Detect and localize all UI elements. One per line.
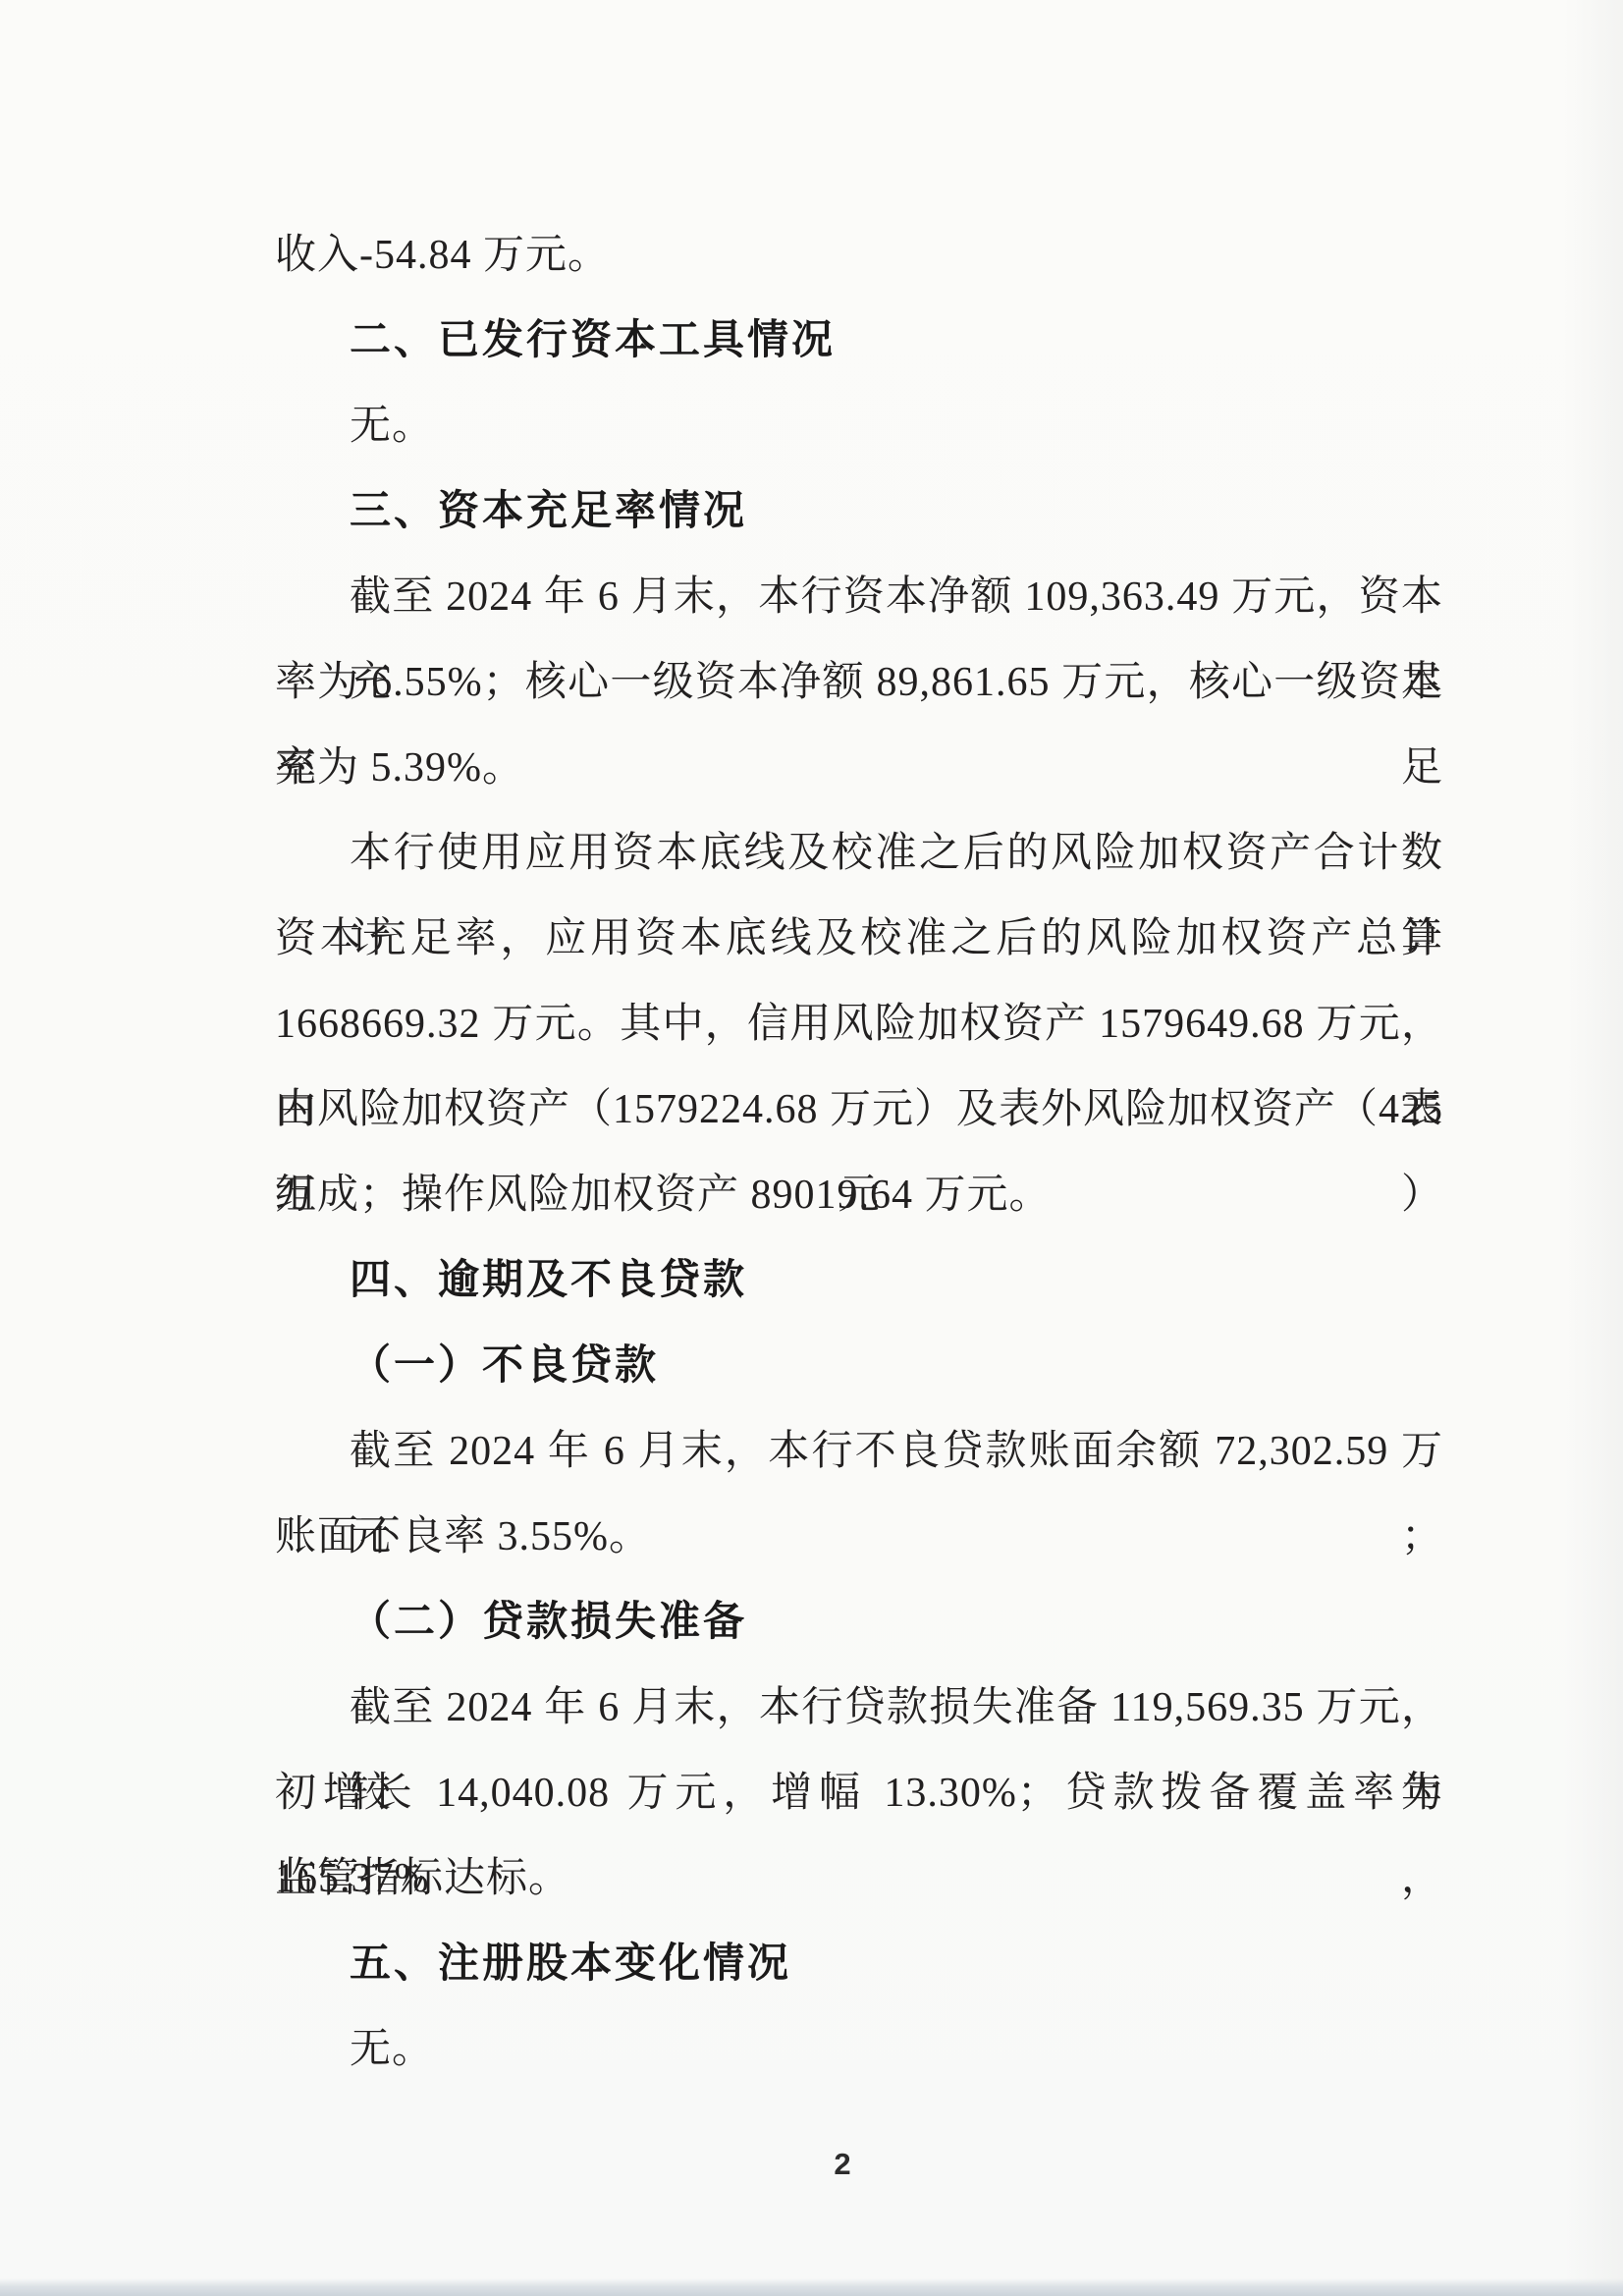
text-line: 内风险加权资产（1579224.68 万元）及表外风险加权资产（425 万元） [275, 1067, 1443, 1153]
section-heading: 二、已发行资本工具情况 [275, 299, 1443, 384]
page-number: 2 [793, 2147, 892, 2182]
text-line: 资本充足率，应用资本底线及校准之后的风险加权资产总计 [275, 897, 1443, 982]
text-line: 截至 2024 年 6 月末，本行资本净额 109,363.49 万元，资本充足 [275, 555, 1443, 640]
text-line: 1668669.32 万元。其中，信用风险加权资产 1579649.68 万元，… [275, 982, 1443, 1067]
section-heading: 四、逾期及不良贷款 [275, 1238, 1443, 1324]
text-line: 截至 2024 年 6 月末，本行贷款损失准备 119,569.35 万元，较年 [275, 1666, 1443, 1751]
text-line: 本行使用应用资本底线及校准之后的风险加权资产合计数计算 [275, 811, 1443, 897]
document-body: 收入-54.84 万元。二、已发行资本工具情况无。三、资本充足率情况截至 202… [275, 213, 1443, 2093]
scanned-document-page: 收入-54.84 万元。二、已发行资本工具情况无。三、资本充足率情况截至 202… [0, 0, 1623, 2296]
section-heading: （二）贷款损失准备 [275, 1580, 1443, 1666]
section-heading: （一）不良贷款 [275, 1324, 1443, 1409]
text-line: 无。 [275, 2007, 1443, 2093]
section-heading: 五、注册股本变化情况 [275, 1922, 1443, 2007]
text-line: 无。 [275, 384, 1443, 469]
text-line: 初增长 14,040.08 万元，增幅 13.30%；贷款拨备覆盖率为 165.… [275, 1751, 1443, 1836]
scan-edge-bottom [0, 2278, 1623, 2296]
scan-shadow-right [1564, 0, 1623, 2296]
text-line: 率为 6.55%；核心一级资本净额 89,861.65 万元，核心一级资本充足 [275, 640, 1443, 726]
text-line: 截至 2024 年 6 月末，本行不良贷款账面余额 72,302.59 万元； [275, 1409, 1443, 1495]
text-line: 收入-54.84 万元。 [275, 213, 1443, 299]
section-heading: 三、资本充足率情况 [275, 469, 1443, 555]
